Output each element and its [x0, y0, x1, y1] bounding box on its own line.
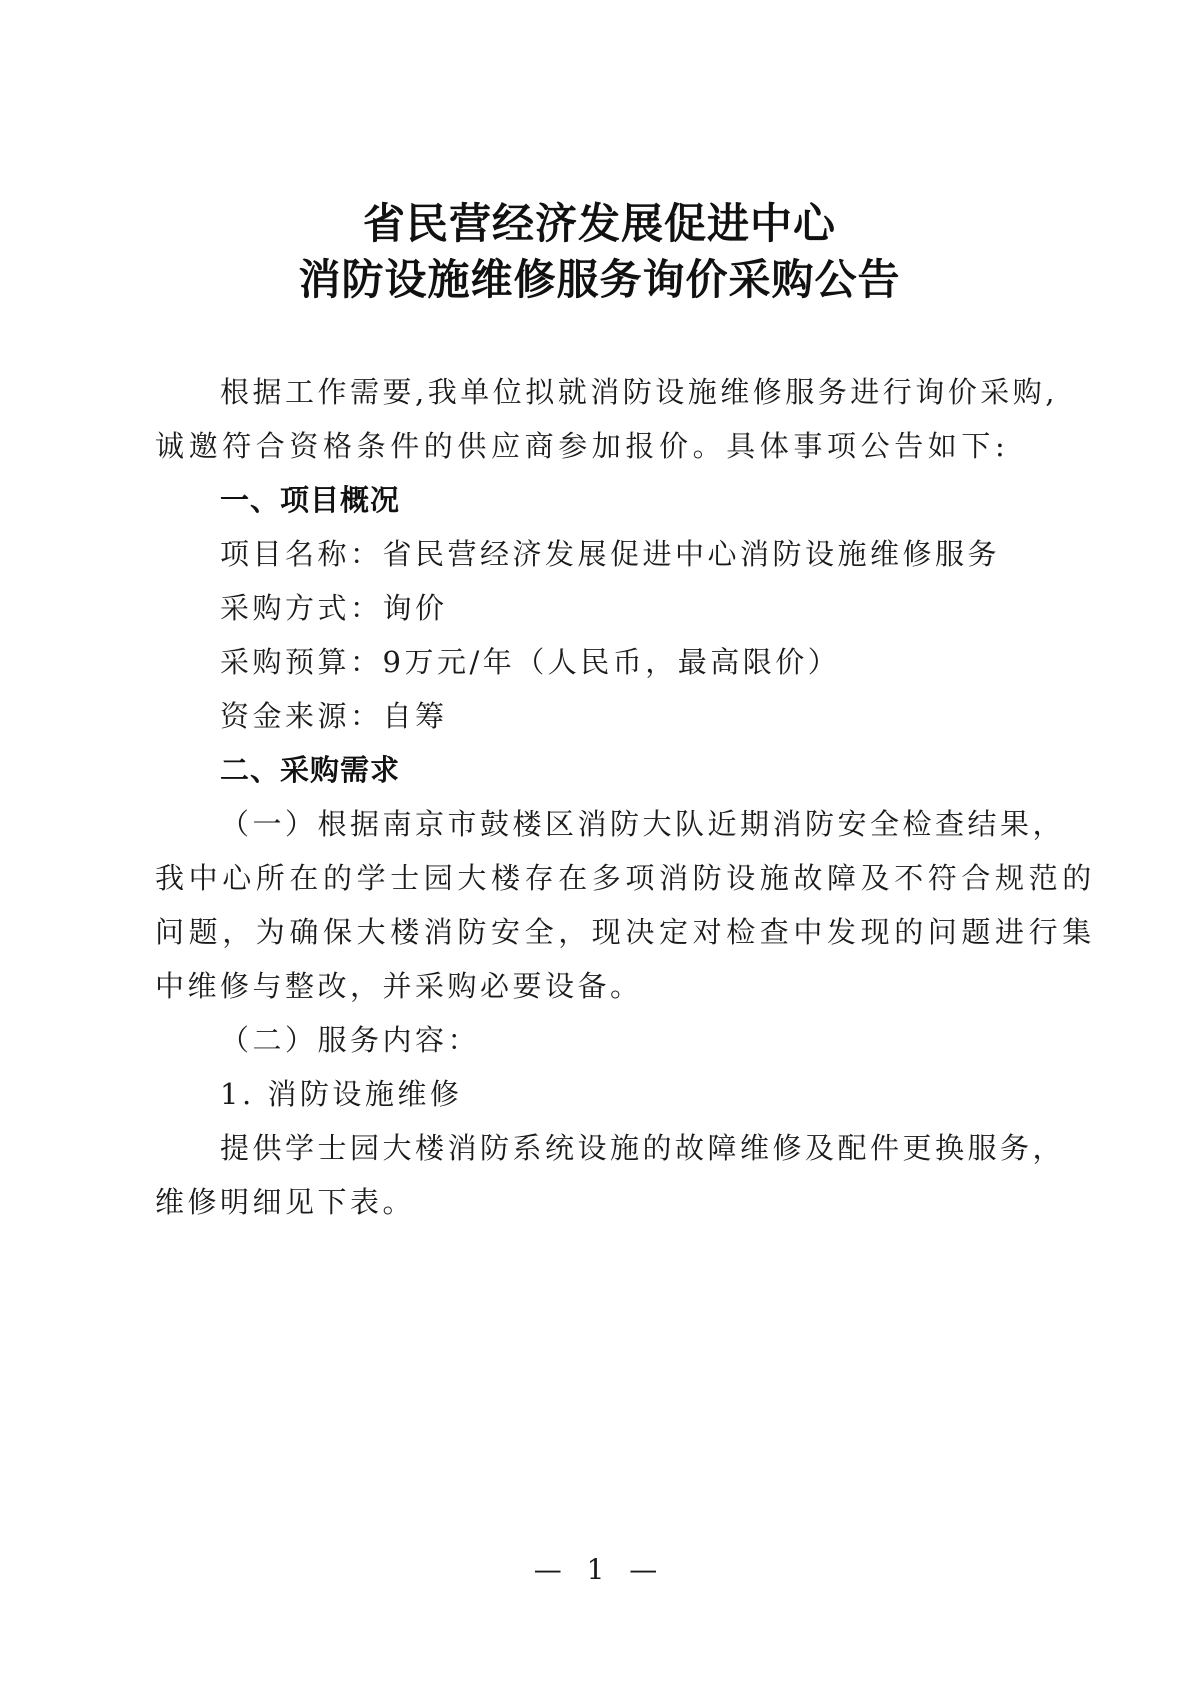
requirement-paragraph-line-1: （一）根据南京市鼓楼区消防大队近期消防安全检查结果，: [220, 804, 1120, 844]
document-page: 省民营经济发展促进中心 消防设施维修服务询价采购公告 根据工作需要,我单位拟就消…: [0, 0, 1199, 1696]
procurement-method: 采购方式：询价: [220, 588, 1120, 628]
intro-line-1: 根据工作需要,我单位拟就消防设施维修服务进行询价采购,: [220, 372, 1120, 412]
project-name: 项目名称：省民营经济发展促进中心消防设施维修服务: [220, 534, 1120, 574]
document-title-line-2: 消防设施维修服务询价采购公告: [0, 252, 1199, 308]
item-1-title: 1. 消防设施维修: [220, 1074, 1120, 1114]
section-2-heading: 二、采购需求: [220, 750, 1120, 790]
item-1-text-line-1: 提供学士园大楼消防系统设施的故障维修及配件更换服务，: [220, 1128, 1120, 1168]
section-1-heading: 一、项目概况: [220, 480, 1120, 520]
item-1-text-line-2: 维修明细见下表。: [155, 1182, 1055, 1222]
intro-line-2: 诚邀符合资格条件的供应商参加报价。具体事项公告如下:: [155, 426, 1055, 466]
requirement-paragraph-line-2: 我中心所在的学士园大楼存在多项消防设施故障及不符合规范的: [155, 858, 1055, 898]
page-number: — 1 —: [0, 1552, 1199, 1588]
requirement-paragraph-line-3: 问题，为确保大楼消防安全，现决定对检查中发现的问题进行集: [155, 912, 1055, 952]
service-content-heading: （二）服务内容：: [220, 1020, 1120, 1060]
procurement-budget: 采购预算：9万元/年（人民币，最高限价）: [220, 642, 1120, 682]
funding-source: 资金来源：自筹: [220, 696, 1120, 736]
requirement-paragraph-line-4: 中维修与整改，并采购必要设备。: [155, 966, 1055, 1006]
document-title-line-1: 省民营经济发展促进中心: [0, 196, 1199, 252]
